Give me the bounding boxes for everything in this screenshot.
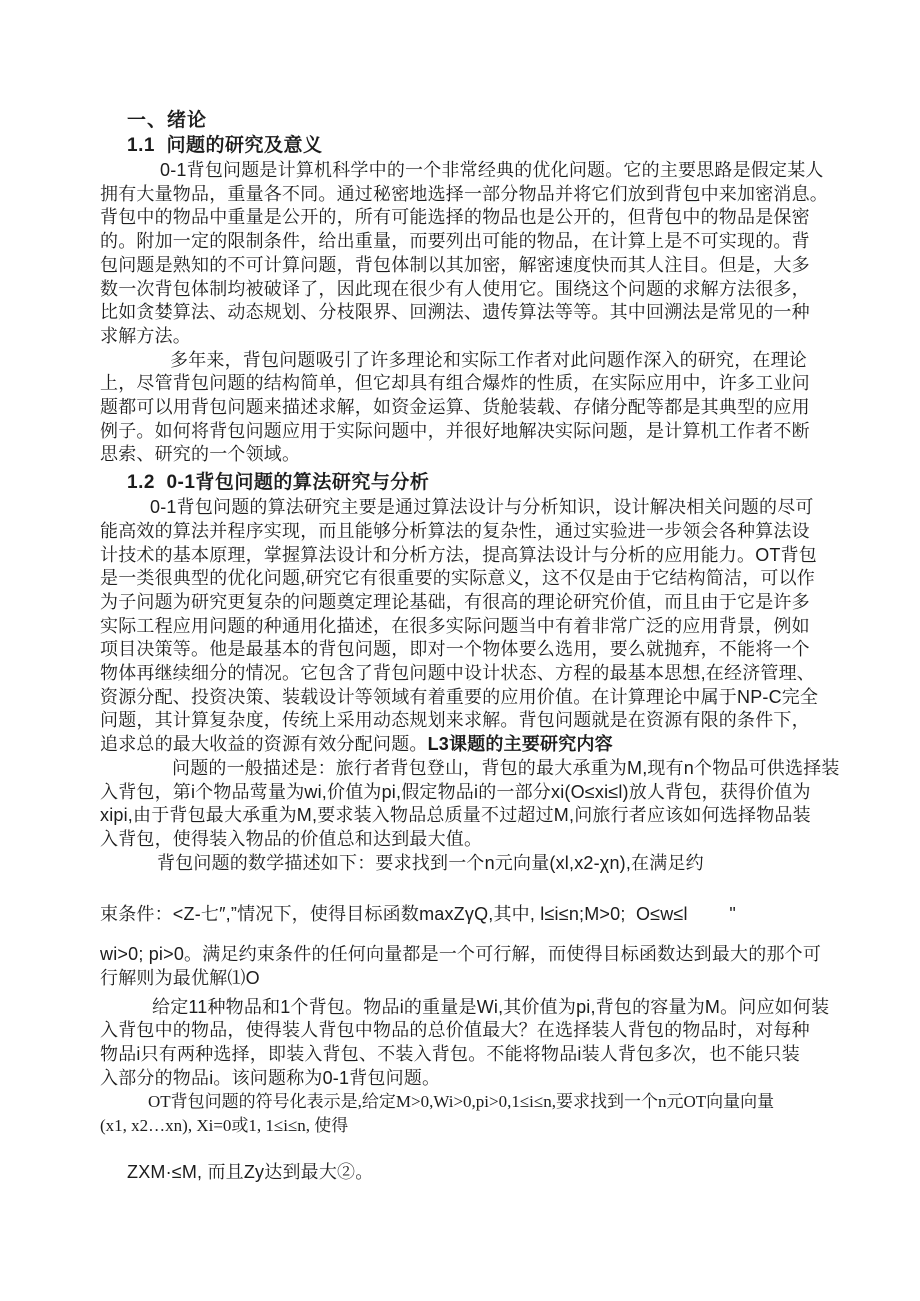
text-run: 例子。如何将背包问题应用于实际问题中，并很好地解决实际问题，是计算机工作者不断	[100, 421, 810, 441]
document-content: 一、绪论1.1 问题的研究及意义0-1背包问题是计算机科学中的一个非常经典的优化…	[100, 108, 840, 1184]
text-run: xipi,由于背包最大承重为M,要求装入物品总质量不过超过M,问旅行者应该如何选…	[100, 805, 811, 825]
text-run: 背包问题的数学描述如下：要求找到一个n元向量(xl,x2-χn),在满足约	[157, 853, 704, 873]
text-line: 思索、研究的一个领域。	[100, 443, 840, 467]
text-run: 给定11种物品和1个背包。物品i的重量是Wi,其价值为pi,背包的容量为M。问应…	[152, 997, 829, 1017]
text-line: wi>0; pi>0。满足约束条件的任何向量都是一个可行解，而使得目标函数达到最…	[100, 943, 840, 967]
text-line: 能高效的算法并程序实现，而且能够分析算法的复杂性，通过实验进一步领会各种算法设	[100, 520, 840, 544]
text-line: 计技术的基本原理，掌握算法设计和分析方法，提高算法设计与分析的应用能力。OT背包	[100, 544, 840, 568]
text-run: 能高效的算法并程序实现，而且能够分析算法的复杂性，通过实验进一步领会各种算法设	[100, 521, 810, 541]
text-line: 求解方法。	[100, 325, 840, 349]
text-line: 入背包中的物品，使得装人背包中物品的总价值最大？在选择装人背包的物品时，对每种	[100, 1019, 840, 1043]
heading-level-2: 1.2 0-1背包问题的算法研究与分析	[100, 470, 840, 496]
text-line: (x1, x2…xn), Xi=0或1, 1≤i≤n, 使得	[100, 1114, 840, 1138]
text-run: 物体再继续细分的情况。它包含了背包问题中设计状态、方程的最基本思想,在经济管理、	[100, 663, 815, 683]
text-run: 背包中的物品中重量是公开的，所有可能选择的物品也是公开的，但背包中的物品是保密	[100, 207, 810, 227]
text-line: 多年来，背包问题吸引了许多理论和实际工作者对此问题作深入的研究，在理论	[100, 349, 840, 373]
text-line: 入背包，第i个物品莺量为wi,价值为pi,假定物品i的一部分xi(O≤xi≤l)…	[100, 781, 840, 805]
text-run: 入部分的物品i。该问题称为0-1背包问题。	[100, 1068, 440, 1088]
text-line: 资源分配、投资决策、装载设计等领域有着重要的应用价值。在计算理论中属于NP-C完…	[100, 686, 840, 710]
text-line: 背包中的物品中重量是公开的，所有可能选择的物品也是公开的，但背包中的物品是保密	[100, 206, 840, 230]
text-run: 上，尽管背包问题的结构简单，但它却具有组合爆炸的性质，在实际应用中，许多工业问	[100, 373, 810, 393]
text-run: 1.1 问题的研究及意义	[127, 135, 322, 156]
text-line: 束条件：<Z-七″,”情况下，使得目标函数maxZγQ,其中, l≤i≤n;M>…	[100, 903, 840, 927]
text-run: 项目决策等。他是最基本的背包问题，即对一个物体要么选用，要么就抛弃，不能将一个	[100, 639, 810, 659]
text-run: 问题的一般描述是：旅行者背包登山，背包的最大承重为M,现有n个物品可供选择装	[172, 758, 840, 778]
text-run: 题都可以用背包问题来描述求解，如资金运算、货舱装载、存储分配等都是其典型的应用	[100, 397, 810, 417]
text-line: 给定11种物品和1个背包。物品i的重量是Wi,其价值为pi,背包的容量为M。问应…	[100, 996, 840, 1020]
text-line: 入部分的物品i。该问题称为0-1背包问题。	[100, 1067, 840, 1091]
text-run: 0-1背包问题是计算机科学中的一个非常经典的优化问题。它的主要思路是假定某人	[160, 160, 824, 180]
text-run: 为子问题为研究更复杂的问题奠定理论基础，有很高的理论研究价值，而且由于它是许多	[100, 592, 810, 612]
text-run: 多年来，背包问题吸引了许多理论和实际工作者对此问题作深入的研究，在理论	[170, 350, 807, 370]
text-line: 例子。如何将背包问题应用于实际问题中，并很好地解决实际问题，是计算机工作者不断	[100, 420, 840, 444]
text-run: 物品i只有两种选择，即装入背包、不装入背包。不能将物品i装人背包多次，也不能只装	[100, 1044, 800, 1064]
text-run: 比如贪婪算法、动态规划、分枝限界、回溯法、遗传算法等等。其中回溯法是常见的一种	[100, 302, 810, 322]
text-line: 问题，其计算复杂度，传统上采用动态规划来求解。背包问题就是在资源有限的条件下，	[100, 709, 840, 733]
text-line: OT背包问题的符号化表示是,给定M>0,Wi>0,pi>0,1≤i≤n,要求找到…	[100, 1090, 840, 1114]
text-line: 项目决策等。他是最基本的背包问题，即对一个物体要么选用，要么就抛弃，不能将一个	[100, 638, 840, 662]
text-run: 计技术的基本原理，掌握算法设计和分析方法，提高算法设计与分析的应用能力。OT背包	[100, 545, 817, 565]
text-run: 拥有大量物品，重量各不同。通过秘密地选择一部分物品并将它们放到背包中来加密消息。	[100, 184, 828, 204]
text-line: 的。附加一定的限制条件，给出重量，而要列出可能的物品，在计算上是不可实现的。背	[100, 230, 840, 254]
text-line: 是一类很典型的优化问题,研究它有很重要的实际意义，这不仅是由于它结构简洁，可以作	[100, 567, 840, 591]
text-run: 是一类很典型的优化问题,研究它有很重要的实际意义，这不仅是由于它结构简洁，可以作	[100, 568, 815, 588]
text-run: 资源分配、投资决策、装载设计等领域有着重要的应用价值。在计算理论中属于NP-C完…	[100, 687, 818, 707]
text-run: L3课题的主要研究内容	[428, 734, 613, 754]
heading-level-1: 一、绪论	[100, 108, 840, 133]
text-run: 行解则为最优解⑴O	[100, 968, 260, 988]
text-run: 追求总的最大收益的资源有效分配问题。	[100, 734, 428, 754]
text-run: 的。附加一定的限制条件，给出重量，而要列出可能的物品，在计算上是不可实现的。背	[100, 231, 810, 251]
text-line: 数一次背包体制均被破译了，因此现在很少有人使用它。围绕这个问题的求解方法很多，	[100, 278, 840, 302]
text-line: 0-1背包问题的算法研究主要是通过算法设计与分析知识，设计解决相关问题的尽可	[100, 496, 840, 520]
text-run: 求解方法。	[100, 326, 191, 346]
text-line: 物体再继续细分的情况。它包含了背包问题中设计状态、方程的最基本思想,在经济管理、	[100, 662, 840, 686]
text-run: ZXM·≤M, 而且Zy达到最大②。	[127, 1162, 373, 1182]
text-run: 束条件：<Z-七″,”情况下，使得目标函数maxZγQ,其中, l≤i≤n;M>…	[100, 904, 736, 924]
text-line: 问题的一般描述是：旅行者背包登山，背包的最大承重为M,现有n个物品可供选择装	[100, 757, 840, 781]
heading-level-2: 1.1 问题的研究及意义	[100, 133, 840, 159]
text-line: 追求总的最大收益的资源有效分配问题。L3课题的主要研究内容	[100, 733, 840, 757]
text-run: wi>0; pi>0。满足约束条件的任何向量都是一个可行解，而使得目标函数达到最…	[100, 944, 821, 964]
text-line: 物品i只有两种选择，即装入背包、不装入背包。不能将物品i装人背包多次，也不能只装	[100, 1043, 840, 1067]
text-run: 入背包，第i个物品莺量为wi,价值为pi,假定物品i的一部分xi(O≤xi≤l)…	[100, 782, 811, 802]
text-line: 入背包，使得装入物品的价值总和达到最大值。	[100, 828, 840, 852]
text-run: 包问题是熟知的不可计算问题，背包体制以其加密，解密速度快而其人注目。但是，大多	[100, 255, 810, 275]
text-run: 实际工程应用问题的种通用化描述，在很多实际问题当中有着非常广泛的应用背景，例如	[100, 616, 810, 636]
text-line: ZXM·≤M, 而且Zy达到最大②。	[100, 1161, 840, 1185]
document-page: 一、绪论1.1 问题的研究及意义0-1背包问题是计算机科学中的一个非常经典的优化…	[0, 0, 920, 1301]
text-line: 行解则为最优解⑴O	[100, 967, 840, 991]
text-run: OT背包问题的符号化表示是,给定M>0,Wi>0,pi>0,1≤i≤n,要求找到…	[148, 1092, 774, 1111]
text-line: 0-1背包问题是计算机科学中的一个非常经典的优化问题。它的主要思路是假定某人	[100, 159, 840, 183]
text-run: 一、绪论	[127, 110, 207, 131]
text-line: 实际工程应用问题的种通用化描述，在很多实际问题当中有着非常广泛的应用背景，例如	[100, 615, 840, 639]
text-line: 背包问题的数学描述如下：要求找到一个n元向量(xl,x2-χn),在满足约	[100, 852, 840, 876]
text-run: 入背包，使得装入物品的价值总和达到最大值。	[100, 829, 482, 849]
text-run: 入背包中的物品，使得装人背包中物品的总价值最大？在选择装人背包的物品时，对每种	[100, 1020, 810, 1040]
text-run: 数一次背包体制均被破译了，因此现在很少有人使用它。围绕这个问题的求解方法很多，	[100, 279, 810, 299]
text-line: xipi,由于背包最大承重为M,要求装入物品总质量不过超过M,问旅行者应该如何选…	[100, 804, 840, 828]
text-line: 上，尽管背包问题的结构简单，但它却具有组合爆炸的性质，在实际应用中，许多工业问	[100, 372, 840, 396]
text-line: 题都可以用背包问题来描述求解，如资金运算、货舱装载、存储分配等都是其典型的应用	[100, 396, 840, 420]
text-run: 思索、研究的一个领域。	[100, 444, 300, 464]
text-run: 0-1背包问题的算法研究主要是通过算法设计与分析知识，设计解决相关问题的尽可	[150, 497, 814, 517]
text-line: 为子问题为研究更复杂的问题奠定理论基础，有很高的理论研究价值，而且由于它是许多	[100, 591, 840, 615]
text-run: 问题，其计算复杂度，传统上采用动态规划来求解。背包问题就是在资源有限的条件下，	[100, 710, 810, 730]
text-line: 拥有大量物品，重量各不同。通过秘密地选择一部分物品并将它们放到背包中来加密消息。	[100, 183, 840, 207]
text-line: 比如贪婪算法、动态规划、分枝限界、回溯法、遗传算法等等。其中回溯法是常见的一种	[100, 301, 840, 325]
text-run: (x1, x2…xn), Xi=0或1, 1≤i≤n, 使得	[100, 1116, 348, 1135]
text-line: 包问题是熟知的不可计算问题，背包体制以其加密，解密速度快而其人注目。但是，大多	[100, 254, 840, 278]
text-run: 1.2 0-1背包问题的算法研究与分析	[127, 472, 429, 493]
